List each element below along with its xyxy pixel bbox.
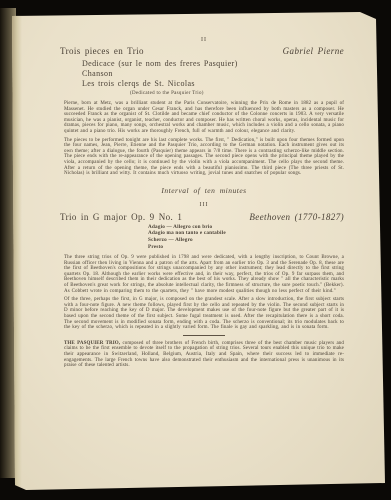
work1-note-paragraph: Pierne, born at Metz, was a brilliant st… bbox=[64, 101, 344, 135]
work2-movement: Adagio — Allegro con brio bbox=[148, 224, 344, 231]
work2-composer: Beethoven (1770-1827) bbox=[249, 212, 344, 222]
work1-movement: Chanson bbox=[82, 69, 344, 79]
work1-dedication: (Dedicated to the Pasquier Trio) bbox=[130, 91, 344, 96]
work2-title: Trio in G major Op. 9 No. 1 bbox=[60, 212, 182, 222]
work2-movement: Presto bbox=[148, 244, 344, 251]
work1-movement: Les trois clerqs de St. Nicolas bbox=[82, 79, 344, 89]
work2-note-paragraph: Of the three, perhaps the first, in G ma… bbox=[64, 297, 344, 331]
work2-movement-list: Adagio — Allegro con brio Adagio ma non … bbox=[148, 224, 344, 250]
page-content: II Trois pieces en Trio Gabriel Pierne D… bbox=[64, 37, 344, 369]
work1-composer: Gabriel Pierne bbox=[283, 46, 344, 56]
work1-title: Trois pieces en Trio bbox=[60, 46, 144, 56]
program-page: II Trois pieces en Trio Gabriel Pierne D… bbox=[0, 0, 391, 500]
work1-movement: Dedicace (sur le nom des freres Pasquier… bbox=[82, 59, 344, 69]
ensemble-name: THE PASQUIER TRIO, bbox=[64, 341, 120, 346]
interval-notice: Interval of ten minutes bbox=[64, 186, 344, 195]
photo-frame: II Trois pieces en Trio Gabriel Pierne D… bbox=[0, 0, 391, 500]
work1-title-row: Trois pieces en Trio Gabriel Pierne bbox=[64, 46, 344, 56]
work1-movement-list: Dedicace (sur le nom des freres Pasquier… bbox=[82, 59, 344, 89]
work2-title-row: Trio in G major Op. 9 No. 1 Beethoven (1… bbox=[64, 212, 344, 222]
work2-movement: Scherzo — Allegro bbox=[148, 237, 344, 244]
work2-movement: Adagio ma non tanto e cantabile bbox=[148, 230, 344, 237]
work1-note-paragraph: The pieces to be performed tonight are h… bbox=[64, 138, 344, 177]
section-numeral-1: II bbox=[64, 37, 344, 43]
ensemble-biography: THE PASQUIER TRIO, composed of three bro… bbox=[64, 341, 344, 369]
section-divider-rule bbox=[183, 335, 225, 336]
work2-note-paragraph: The three string trios of Op. 9 were pub… bbox=[64, 255, 344, 294]
section-numeral-2: III bbox=[64, 202, 344, 208]
